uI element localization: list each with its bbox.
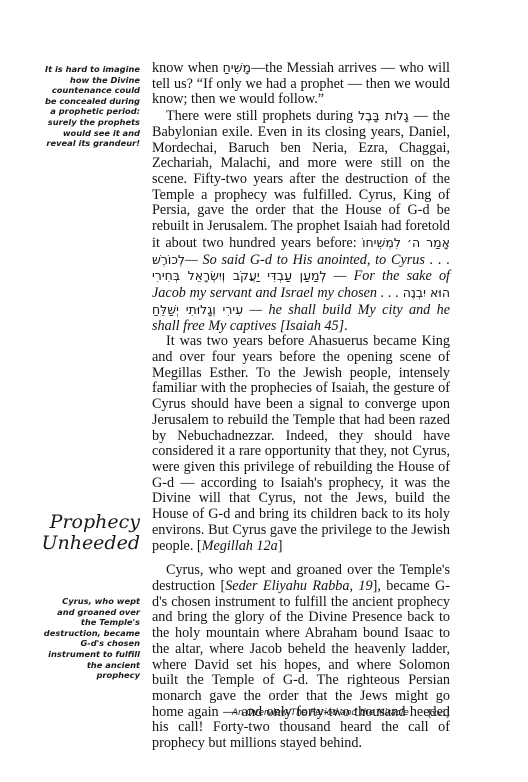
sidenote-line: the ancient	[2, 660, 140, 671]
sidenote-line: would see it and	[2, 128, 140, 139]
main-text-column: know when מָשִׁיחַ—the Messiah arrives —…	[152, 60, 450, 752]
sidenote-line: prophecy	[2, 670, 140, 681]
sidenote-cyrus: Cyrus, who wept and groaned over the Tem…	[2, 596, 140, 681]
text-run: It was two years before Ahasuerus became…	[152, 333, 450, 553]
text-run: .	[344, 318, 348, 334]
sidenote-line: and groaned over	[2, 607, 140, 618]
text-run: know when	[152, 60, 223, 76]
section-heading-line1: Prophecy	[10, 512, 140, 533]
book-page: It is hard to imagine how the Divine cou…	[0, 0, 528, 782]
citation-isaiah: [Isaiah 45]	[280, 318, 344, 334]
page-footer: An Overview/The Period and the Miracle […	[232, 708, 492, 718]
sidenote-line: the Temple's	[2, 617, 140, 628]
text-run: ], became G-d's chosen instrument to ful…	[152, 578, 450, 751]
sidenote-line: Cyrus, who wept	[2, 596, 140, 607]
section-heading-line2: Unheeded	[10, 533, 140, 554]
paragraph-ahasuerus: It was two years before Ahasuerus became…	[152, 334, 450, 554]
translation-run: — So said G-d to His anointed, to Cyrus …	[185, 252, 450, 268]
sidenote-line: instrument to fulfill	[2, 649, 140, 660]
running-title: An Overview/The Period and the Miracle	[232, 708, 409, 718]
sidenote-line: surely the prophets	[2, 117, 140, 128]
paragraph-prophecy-unheeded: Cyrus, who wept and groaned over the Tem…	[152, 563, 450, 752]
bracket: ]	[278, 538, 283, 554]
page-number: [xvi]	[428, 708, 449, 719]
paragraph-messiah: know when מָשִׁיחַ—the Messiah arrives —…	[152, 60, 450, 108]
sidenote-line: countenance could	[2, 85, 140, 96]
hebrew-mashiach: מָשִׁיחַ	[223, 60, 251, 75]
text-run: — the Babylonian exile. Even in its clos…	[152, 108, 450, 251]
sidenote-line: be concealed during	[2, 96, 140, 107]
citation-megillah: Megillah 12a	[202, 538, 278, 554]
citation-seder-eliyahu: Seder Eliyahu Rabba, 19	[225, 578, 372, 594]
section-heading: Prophecy Unheeded	[10, 512, 140, 554]
hebrew-galus-bavel: גָלוּת בָּבֶל	[358, 108, 409, 123]
sidenote-line: reveal its grandeur!	[2, 138, 140, 149]
sidenote-line: G-d's chosen	[2, 638, 140, 649]
sidenote-line: how the Divine	[2, 75, 140, 86]
text-run: There were still prophets during	[166, 108, 358, 124]
sidenote-line: It is hard to imagine	[2, 64, 140, 75]
hebrew-quote-jacob: לְמַעַן עַבְדִּי יַעֲקֹב וְיִשְׂרָאֵל בְ…	[152, 268, 327, 283]
sidenote-divine-countenance: It is hard to imagine how the Divine cou…	[2, 64, 140, 149]
sidenote-line: a prophetic period:	[2, 106, 140, 117]
sidenote-line: destruction, became	[2, 628, 140, 639]
paragraph-babylonian-exile: There were still prophets during גָלוּת …	[152, 108, 450, 334]
